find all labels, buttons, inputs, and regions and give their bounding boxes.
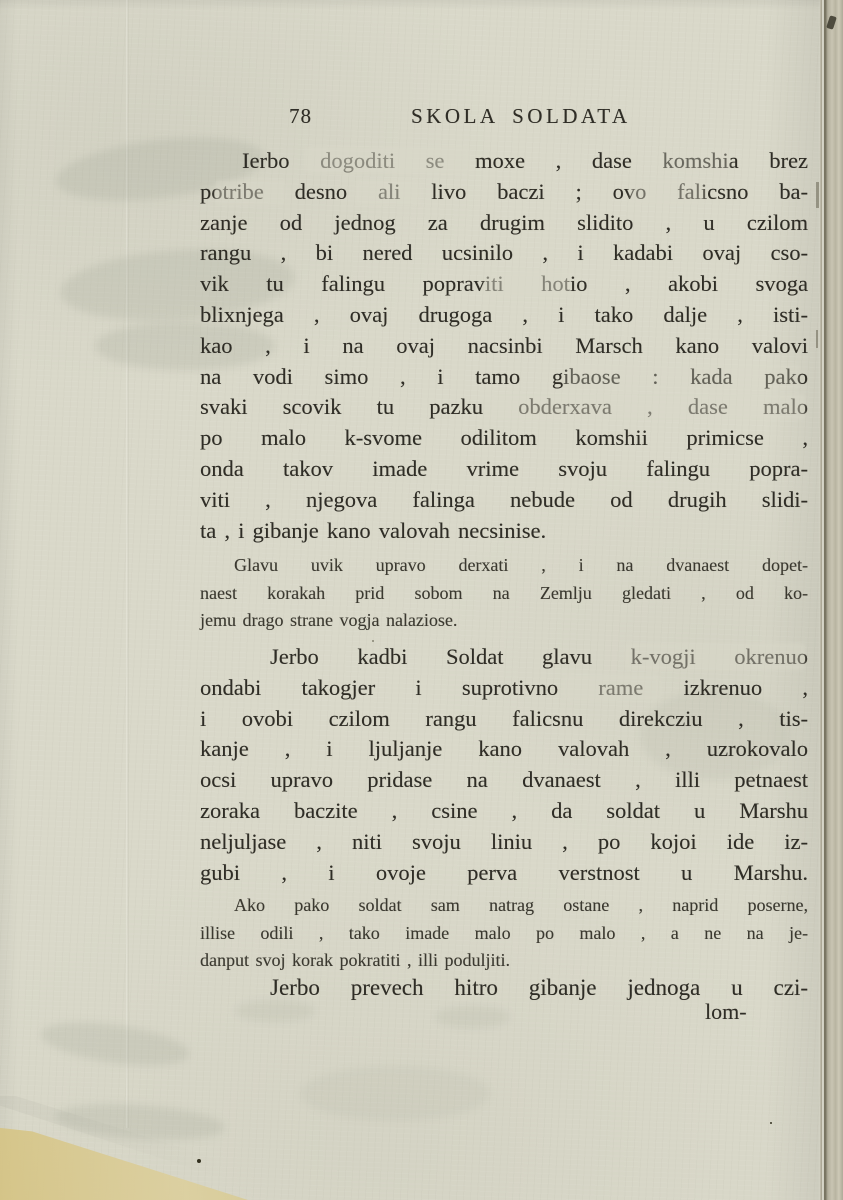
text-line: kanje , i ljuljanje kano valovah , uzrok… xyxy=(200,734,808,765)
text-line: jemu drago strane vogja nalaziose. xyxy=(200,607,808,635)
text-line: rangu , bi nered ucsinilo , i kadabi ova… xyxy=(200,238,808,269)
text-line: illise odili , tako imade malo po malo ,… xyxy=(200,920,808,948)
text-line: ondabi takogjer i suprotivno rame izkren… xyxy=(200,673,808,704)
fade-spot xyxy=(305,147,470,173)
text-line: i ovobi czilom rangu falicsnu direkcziu … xyxy=(200,704,808,735)
text-line: blixnjega , ovaj drugoga , i tako dalje … xyxy=(200,300,808,331)
page-edge-strip xyxy=(820,0,843,1200)
paragraph-1: Ierbo dogoditi se moxe , dase komshia br… xyxy=(200,146,808,546)
page-number: 78 xyxy=(289,104,312,129)
text-line: onda takov imade vrime svoju falingu pop… xyxy=(200,454,808,485)
edge-tick-mark xyxy=(816,182,819,208)
fade-spot xyxy=(490,394,805,420)
text-line: naest korakah prid sobom na Zemlju gleda… xyxy=(200,580,808,608)
catchword: lom- xyxy=(705,999,747,1025)
show-through-smudge xyxy=(435,1006,510,1028)
fade-spot xyxy=(565,364,800,390)
running-title: SKOLA SOLDATA xyxy=(411,104,631,129)
fade-spot xyxy=(215,180,285,205)
text-line: Ako pako soldat sam natrag ostane , napr… xyxy=(200,892,808,920)
page-sheet: 78 SKOLA SOLDATA Ierbo dogoditi se moxe … xyxy=(0,0,843,1200)
text-line: neljuljase , niti svoju liniu , po kojoi… xyxy=(200,827,808,858)
text-line: gubi , i ovoje perva verstnost u Marshu. xyxy=(200,858,808,889)
text-line: viti , njegova falinga nebude od drugih … xyxy=(200,485,808,516)
text-line: kao , i na ovaj nacsinbi Marsch kano val… xyxy=(200,331,808,362)
text-line: zanje od jednog za drugim slidito , u cz… xyxy=(200,208,808,239)
text-line: ocsi upravo pridase na dvanaest , illi p… xyxy=(200,765,808,796)
fade-spot xyxy=(565,675,660,701)
text-line: ta , i gibanje kano valovah necsinise. xyxy=(200,516,808,547)
text-line: po malo k-svome odilitom komshii primics… xyxy=(200,423,808,454)
fade-spot xyxy=(355,180,420,205)
sidenote-1: Glavu uvik upravo derxati , i na dvanaes… xyxy=(200,552,808,635)
text-line: Glavu uvik upravo derxati , i na dvanaes… xyxy=(200,552,808,580)
text-line: danput svoj korak pokratiti , illi podul… xyxy=(200,947,808,975)
fade-spot xyxy=(630,180,705,205)
show-through-smudge xyxy=(300,1066,490,1121)
edge-tick-mark xyxy=(816,330,818,348)
ink-speck xyxy=(197,1159,201,1163)
fade-spot xyxy=(485,272,570,297)
ink-speck xyxy=(770,1122,772,1124)
paragraph-2: Jerbo kadbi Soldat glavu k-vogji okrenuo… xyxy=(200,642,808,888)
sidenote-2: Ako pako soldat sam natrag ostane , napr… xyxy=(200,892,808,975)
text-line: zoraka baczite , csine , da soldat u Mar… xyxy=(200,796,808,827)
page-header: 78 SKOLA SOLDATA xyxy=(0,104,843,134)
fade-spot xyxy=(625,643,805,670)
fade-spot xyxy=(660,148,730,173)
text-line: potribe desno ali livo baczi ; ovo falic… xyxy=(200,177,808,208)
